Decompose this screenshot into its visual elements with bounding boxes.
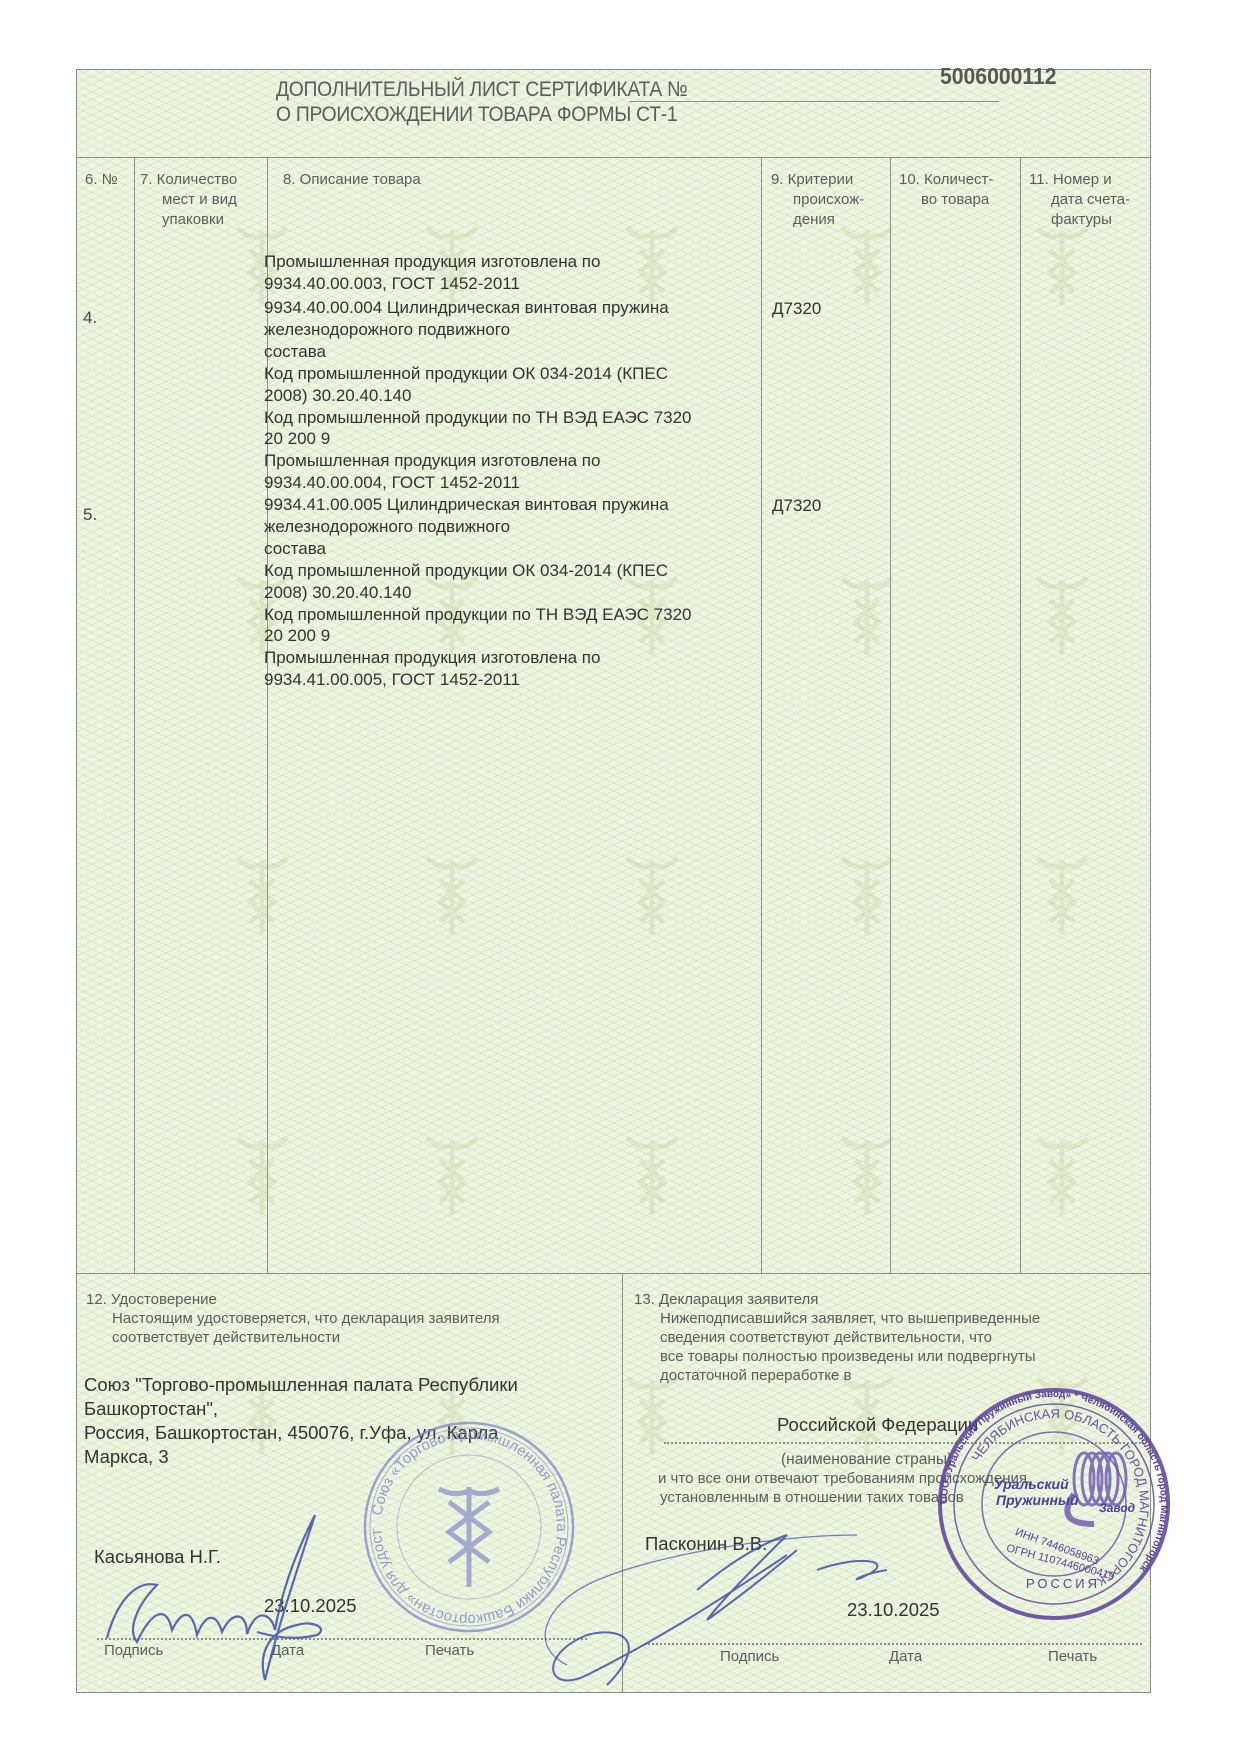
caduceus-watermark-icon bbox=[1032, 1130, 1092, 1220]
caduceus-watermark-icon bbox=[622, 1130, 682, 1220]
caduceus-watermark-icon bbox=[1032, 850, 1092, 940]
col-divider bbox=[890, 157, 891, 1273]
col-header-line: упаковки bbox=[140, 210, 237, 230]
description-preamble: Промышленная продукция изготовлена по 99… bbox=[264, 251, 600, 295]
col-header-line: 11. Номер и bbox=[1029, 171, 1112, 188]
section-12-seal-label: Печать bbox=[425, 1642, 474, 1659]
section-13-declaration: 13. Декларация заявителя Нижеподписавший… bbox=[634, 1290, 1040, 1385]
section-13-body-line: все товары полностью произведены или под… bbox=[634, 1347, 1040, 1366]
row-5-description: 9934.41.00.005 Цилиндрическая винтовая п… bbox=[264, 494, 692, 691]
section-13-seal-label: Печать bbox=[1048, 1648, 1097, 1665]
caduceus-watermark-icon bbox=[837, 570, 897, 660]
caduceus-watermark-icon bbox=[837, 850, 897, 940]
svg-text:Пружинный: Пружинный bbox=[996, 1492, 1079, 1508]
caduceus-watermark-icon bbox=[1032, 570, 1092, 660]
col-header-quantity: 10. Количест- во товара bbox=[899, 170, 993, 210]
row-5-criteria: Д7320 bbox=[772, 496, 821, 516]
caduceus-watermark-icon bbox=[837, 1130, 897, 1220]
section-13-body-line: достаточной переработке в bbox=[634, 1366, 1040, 1385]
col-header-line: мест и вид bbox=[140, 190, 237, 210]
col-header-number: 6. № bbox=[85, 170, 118, 190]
section-12-certification: 12. Удостоверение Настоящим удостоверяет… bbox=[86, 1290, 500, 1347]
col-header-line: дата счета- bbox=[1029, 190, 1130, 210]
svg-text:РОССИЯ: РОССИЯ bbox=[1026, 1576, 1100, 1591]
col-divider bbox=[1020, 157, 1021, 1273]
col-divider bbox=[134, 157, 135, 1273]
col-divider bbox=[761, 157, 762, 1273]
certificate-number: 5006000112 bbox=[940, 63, 1057, 90]
section-13-signature bbox=[527, 1515, 927, 1705]
caduceus-watermark-icon bbox=[1032, 220, 1092, 310]
col-header-description: 8. Описание товара bbox=[283, 170, 421, 190]
svg-text:Завод: Завод bbox=[1099, 1501, 1135, 1515]
section-13-body-line: сведения соответствуют действительности,… bbox=[634, 1328, 1040, 1347]
col-header-line: во товара bbox=[899, 190, 993, 210]
col-header-line: 10. Количест- bbox=[899, 171, 993, 188]
cert-number-underline bbox=[629, 101, 999, 102]
svg-text:Уральский: Уральский bbox=[994, 1476, 1069, 1492]
org-line: Союз "Торгово-промышленная палата Респуб… bbox=[84, 1373, 518, 1397]
row-5-number: 5. bbox=[83, 505, 97, 525]
table-bottom-divider bbox=[77, 1273, 1150, 1274]
section-13-body-line: Нижеподписавшийся заявляет, что вышеприв… bbox=[634, 1309, 1040, 1328]
caduceus-watermark-icon bbox=[422, 1130, 482, 1220]
section-12-body-line: Настоящим удостоверяется, что декларация… bbox=[86, 1309, 500, 1328]
col-header-line: 9. Критерии bbox=[771, 171, 853, 188]
title-line-2: О ПРОИСХОЖДЕНИИ ТОВАРА ФОРМЫ СТ-1 bbox=[276, 103, 677, 127]
company-seal-stamp: ООО «Уральский Пружинный Завод» * Челяби… bbox=[934, 1384, 1174, 1624]
section-12-body-line: соответствует действительности bbox=[86, 1328, 500, 1347]
caduceus-watermark-icon bbox=[622, 850, 682, 940]
certificate-sheet: ДОПОЛНИТЕЛЬНЫЙ ЛИСТ СЕРТИФИКАТА № 500600… bbox=[76, 69, 1151, 1693]
section-12-heading: 12. Удостоверение bbox=[86, 1290, 500, 1309]
section-12-signature bbox=[97, 1510, 357, 1690]
header-divider bbox=[77, 157, 1150, 158]
row-4-description: 9934.40.00.004 Цилиндрическая винтовая п… bbox=[264, 297, 692, 494]
section-13-heading: 13. Декларация заявителя bbox=[634, 1290, 1040, 1309]
col-header-line: происхож- bbox=[771, 190, 864, 210]
row-4-criteria: Д7320 bbox=[772, 299, 821, 319]
caduceus-watermark-icon bbox=[837, 220, 897, 310]
caduceus-watermark-icon bbox=[422, 850, 482, 940]
caduceus-watermark-icon bbox=[232, 850, 292, 940]
row-4-number: 4. bbox=[83, 308, 97, 328]
title-line-1: ДОПОЛНИТЕЛЬНЫЙ ЛИСТ СЕРТИФИКАТА № bbox=[276, 78, 688, 102]
caduceus-watermark-icon bbox=[232, 1130, 292, 1220]
col-header-line: 7. Количество bbox=[140, 171, 237, 188]
country-caption: (наименование страны) bbox=[781, 1451, 952, 1469]
col-header-packages: 7. Количество мест и вид упаковки bbox=[140, 170, 237, 230]
